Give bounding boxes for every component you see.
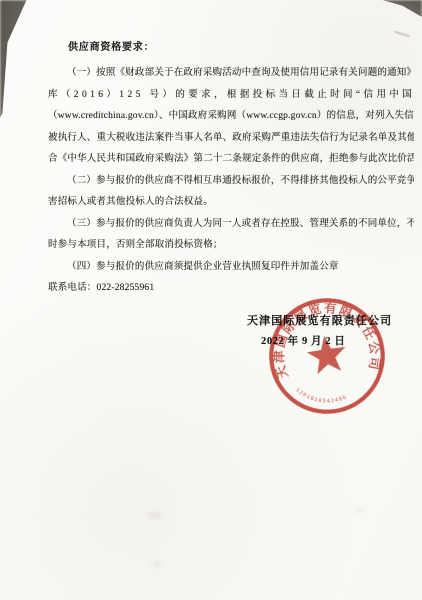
scan-smudge [148,512,162,518]
text-line: （四）参与报价的供应商须提供企业营业执照复印件并加盖公章 [48,257,414,279]
text-line: 库（2016）125 号）的要求，根据投标当日截止时间“信用中国”网站 [48,85,414,107]
document-text-block: 供应商资格要求： （一）按照《财政部关于在政府采购活动中查询及使用信用记录有关问… [48,38,414,300]
scan-smudge [355,508,364,512]
text-line: （二）参与报价的供应商不得相互串通投标报价，不得排挤其他投标人的公平竞争，损 [48,171,414,193]
scanned-page: 供应商资格要求： （一）按照《财政部关于在政府采购活动中查询及使用信用记录有关问… [0,0,422,600]
company-seal-stamp: 天津国际展览有限责任公司 1201018542486 [254,283,401,430]
text-line: （www.creditchina.gov.cn）、中国政府采购网（www.ccg… [48,106,414,128]
scan-smudge [152,562,162,567]
scan-edge-top-left [0,0,34,118]
text-line: （三）参与报价的供应商负责人为同一人或者存在控股、管理关系的不同单位，不得同 [48,214,414,236]
text-line: （一）按照《财政部关于在政府采购活动中查询及使用信用记录有关问题的通知》（财 [48,63,414,85]
text-line: 时参与本项目，否则全部取消投标资格； [48,235,414,257]
document-body: （一）按照《财政部关于在政府采购活动中查询及使用信用记录有关问题的通知》（财库（… [48,63,414,300]
text-line: 害招标人或者其他投标人的合法权益。 [48,192,414,214]
star-icon [305,333,349,375]
text-line: 合《中华人民共和国政府采购法》第二十二条规定条件的供应商，拒绝参与此次比价活动。 [48,149,414,171]
seal-graphic: 天津国际展览有限责任公司 1201018542486 [254,283,401,430]
text-line: 被执行人、重大税收违法案件当事人名单、政府采购严重违法失信行为记录名单及其他不符 [48,128,414,150]
scan-scratch [394,31,410,38]
scan-edge-top-right [378,0,422,20]
document-heading: 供应商资格要求： [48,38,414,53]
